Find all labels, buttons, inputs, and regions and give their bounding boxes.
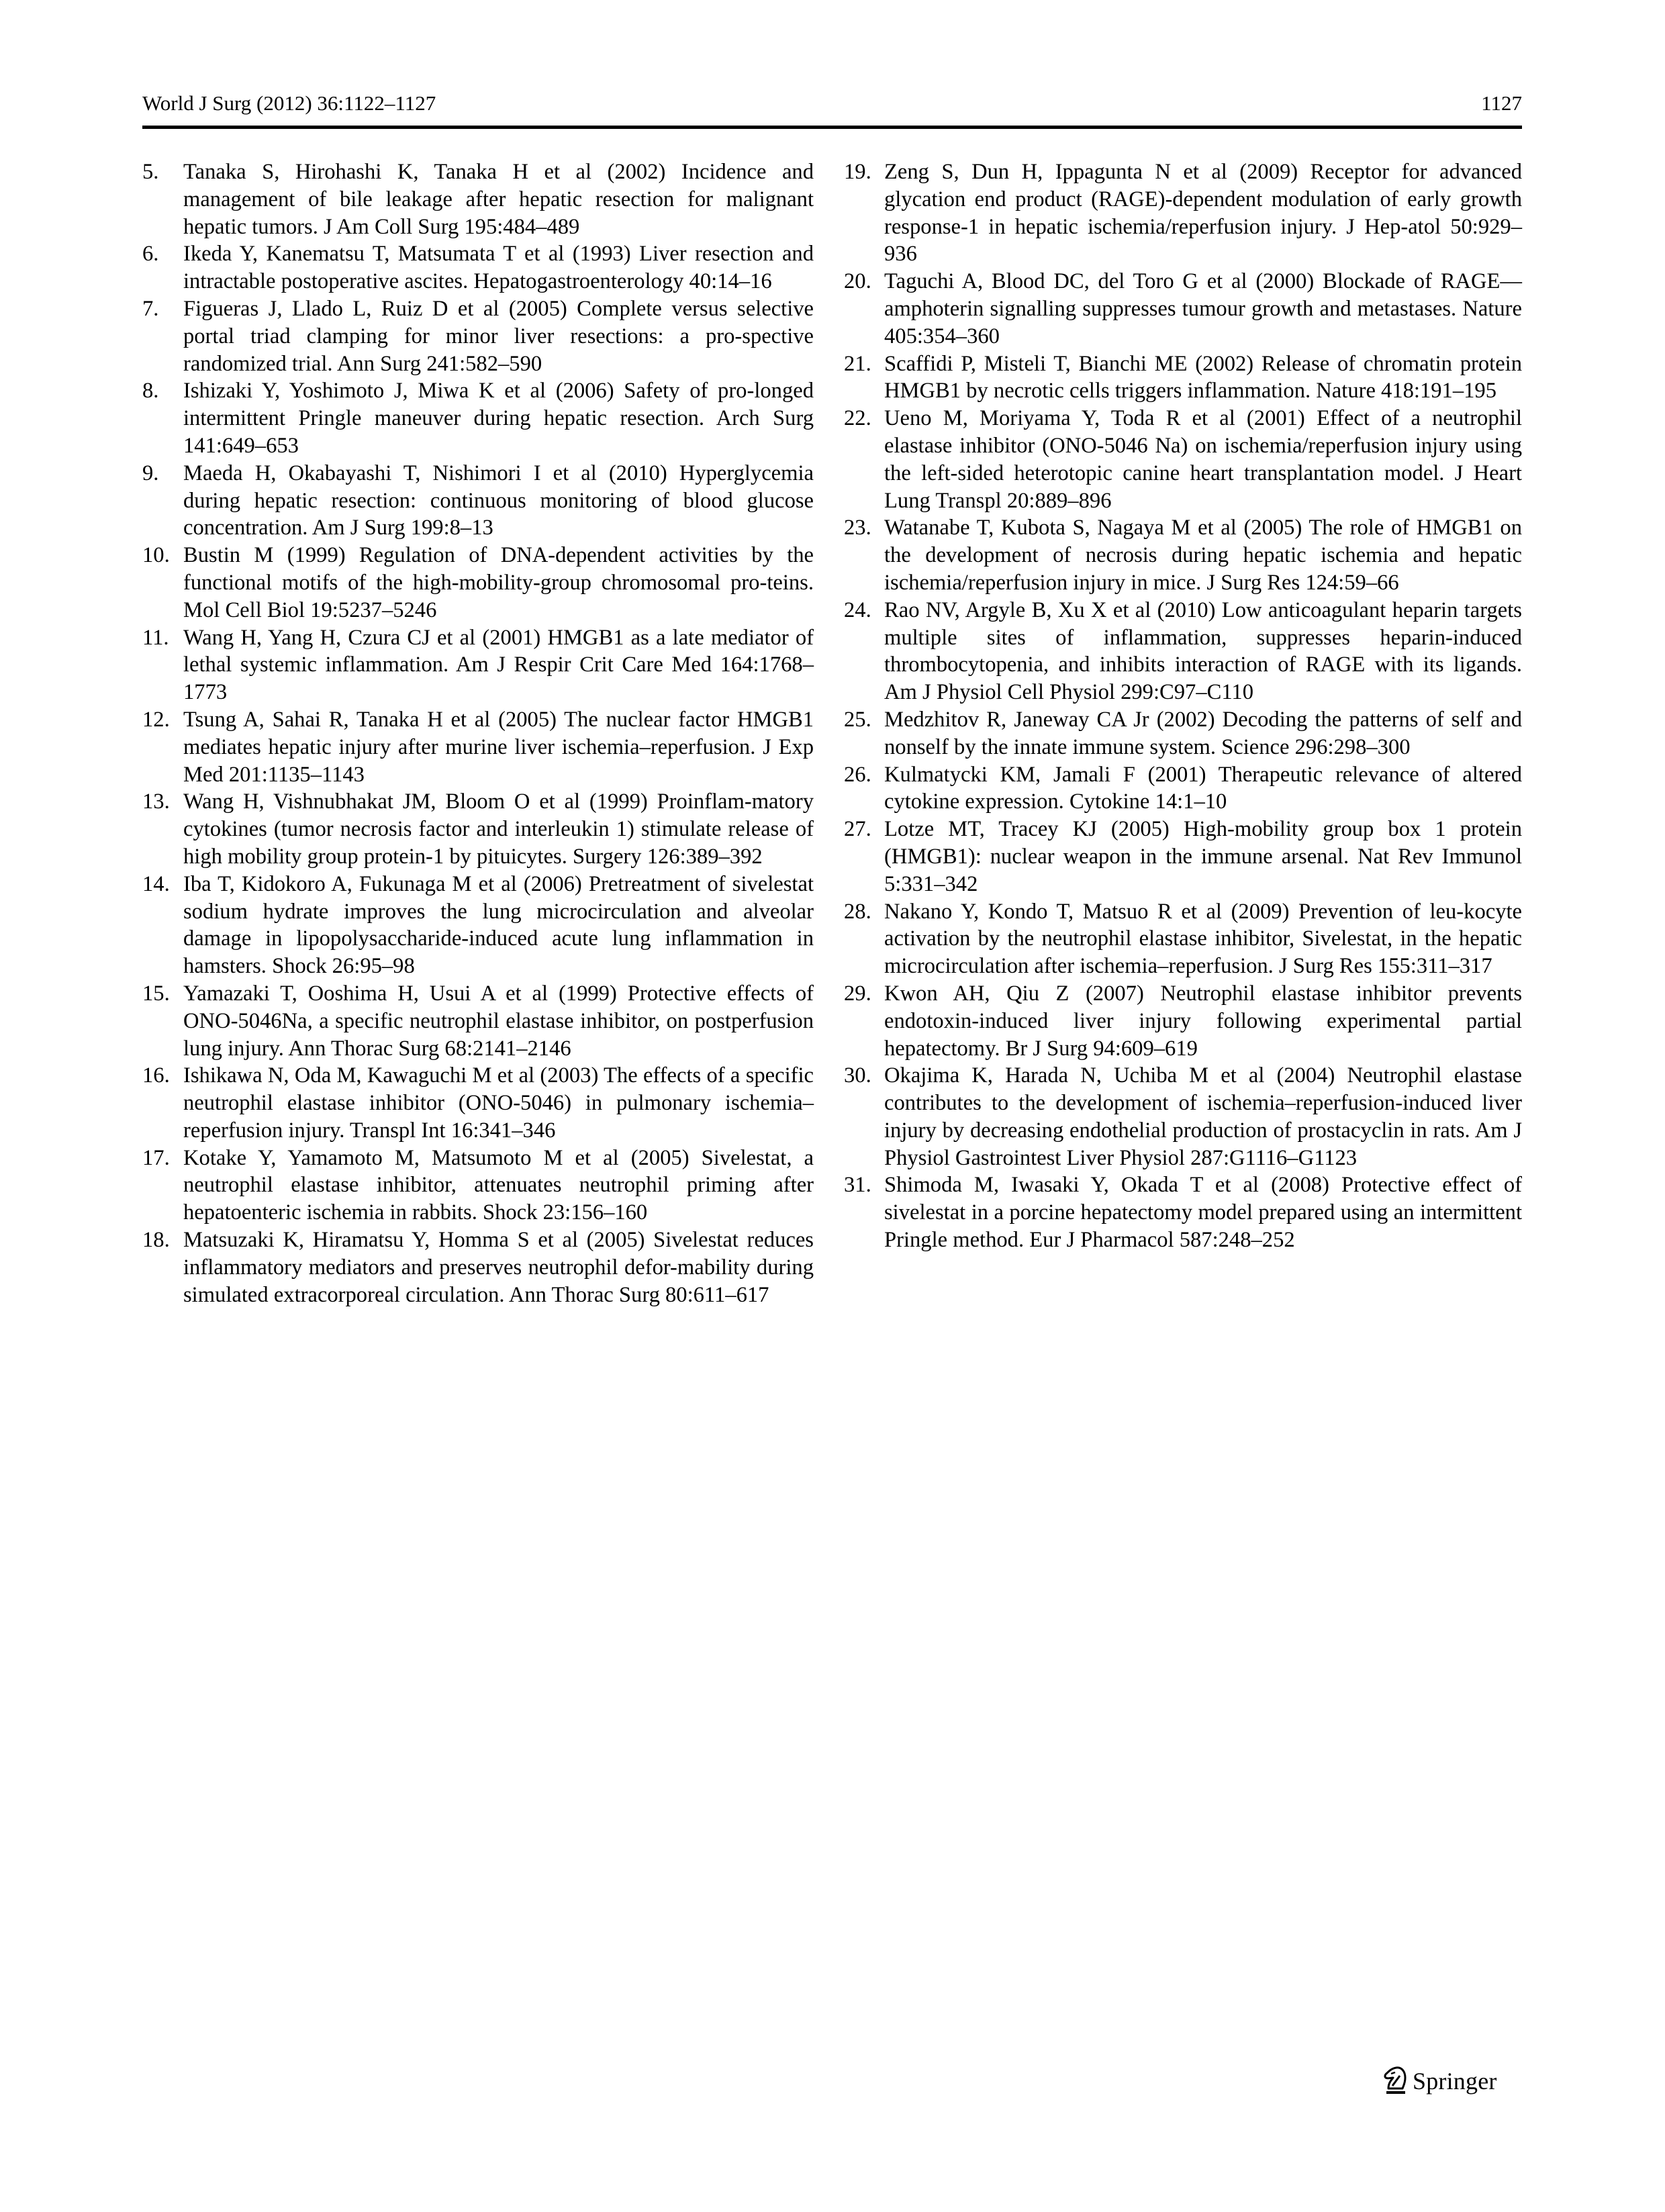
reference-number: 11. [142,624,180,652]
reference-number: 18. [142,1227,180,1254]
reference-item: 22.Ueno M, Moriyama Y, Toda R et al (200… [844,405,1522,514]
reference-number: 27. [844,816,879,843]
reference-text: Bustin M (1999) Regulation of DNA-depend… [183,543,814,622]
reference-text: Wang H, Yang H, Czura CJ et al (2001) HM… [183,626,814,705]
reference-text: Tanaka S, Hirohashi K, Tanaka H et al (2… [183,160,814,239]
reference-item: 21.Scaffidi P, Misteli T, Bianchi ME (20… [844,350,1522,405]
reference-item: 12.Tsung A, Sahai R, Tanaka H et al (200… [142,706,814,788]
reference-number: 12. [142,706,180,734]
reference-item: 15.Yamazaki T, Ooshima H, Usui A et al (… [142,980,814,1062]
reference-text: Taguchi A, Blood DC, del Toro G et al (2… [884,269,1522,348]
reference-item: 24.Rao NV, Argyle B, Xu X et al (2010) L… [844,597,1522,706]
reference-item: 30.Okajima K, Harada N, Uchiba M et al (… [844,1062,1522,1171]
reference-text: Kulmatycki KM, Jamali F (2001) Therapeut… [884,763,1522,814]
header-rule [142,126,1522,129]
publisher-name: Springer [1413,2066,1497,2097]
reference-text: Shimoda M, Iwasaki Y, Okada T et al (200… [884,1173,1522,1252]
reference-item: 28.Nakano Y, Kondo T, Matsuo R et al (20… [844,898,1522,980]
reference-item: 17.Kotake Y, Yamamoto M, Matsumoto M et … [142,1145,814,1227]
running-head: World J Surg (2012) 36:1122–1127 1127 [142,89,1522,118]
reference-item: 19.Zeng S, Dun H, Ippagunta N et al (200… [844,158,1522,268]
publisher-mark: Springer [1382,2062,1497,2100]
reference-number: 10. [142,542,180,569]
page-number: 1127 [1481,89,1522,118]
reference-text: Lotze MT, Tracey KJ (2005) High-mobility… [884,817,1522,896]
references-right-column: 19.Zeng S, Dun H, Ippagunta N et al (200… [844,158,1522,1254]
reference-number: 24. [844,597,879,624]
reference-number: 13. [142,788,180,816]
reference-number: 26. [844,761,879,789]
reference-item: 16.Ishikawa N, Oda M, Kawaguchi M et al … [142,1062,814,1144]
reference-number: 6. [142,240,180,268]
reference-number: 15. [142,980,180,1008]
reference-text: Ishikawa N, Oda M, Kawaguchi M et al (20… [183,1063,814,1143]
reference-number: 17. [142,1145,180,1172]
reference-number: 22. [844,405,879,432]
journal-citation: World J Surg (2012) 36:1122–1127 [142,89,436,118]
reference-item: 5.Tanaka S, Hirohashi K, Tanaka H et al … [142,158,814,240]
reference-number: 20. [844,268,879,295]
reference-text: Okajima K, Harada N, Uchiba M et al (200… [884,1063,1522,1169]
reference-item: 11.Wang H, Yang H, Czura CJ et al (2001)… [142,624,814,706]
reference-number: 29. [844,980,879,1008]
reference-text: Scaffidi P, Misteli T, Bianchi ME (2002)… [884,352,1522,403]
reference-number: 7. [142,295,180,323]
reference-text: Ikeda Y, Kanematsu T, Matsumata T et al … [183,242,814,293]
reference-item: 18.Matsuzaki K, Hiramatsu Y, Homma S et … [142,1227,814,1308]
reference-item: 25.Medzhitov R, Janeway CA Jr (2002) Dec… [844,706,1522,761]
reference-text: Kwon AH, Qiu Z (2007) Neutrophil elastas… [884,981,1522,1061]
reference-text: Figueras J, Llado L, Ruiz D et al (2005)… [183,297,814,376]
reference-item: 6.Ikeda Y, Kanematsu T, Matsumata T et a… [142,240,814,295]
reference-item: 8.Ishizaki Y, Yoshimoto J, Miwa K et al … [142,377,814,459]
reference-number: 21. [844,350,879,378]
reference-text: Wang H, Vishnubhakat JM, Bloom O et al (… [183,789,814,869]
reference-item: 9.Maeda H, Okabayashi T, Nishimori I et … [142,460,814,542]
reference-number: 16. [142,1062,180,1090]
reference-item: 13.Wang H, Vishnubhakat JM, Bloom O et a… [142,788,814,870]
springer-knight-icon [1382,2066,1407,2097]
reference-number: 8. [142,377,180,405]
reference-item: 20.Taguchi A, Blood DC, del Toro G et al… [844,268,1522,350]
reference-number: 30. [844,1062,879,1090]
reference-number: 5. [142,158,180,186]
reference-text: Nakano Y, Kondo T, Matsuo R et al (2009)… [884,900,1522,979]
reference-text: Iba T, Kidokoro A, Fukunaga M et al (200… [183,872,814,978]
reference-item: 29.Kwon AH, Qiu Z (2007) Neutrophil elas… [844,980,1522,1062]
reference-number: 23. [844,514,879,542]
reference-text: Matsuzaki K, Hiramatsu Y, Homma S et al … [183,1228,814,1307]
reference-item: 7.Figueras J, Llado L, Ruiz D et al (200… [142,295,814,377]
reference-number: 31. [844,1171,879,1199]
reference-text: Medzhitov R, Janeway CA Jr (2002) Decodi… [884,708,1522,759]
reference-text: Ishizaki Y, Yoshimoto J, Miwa K et al (2… [183,379,814,458]
reference-item: 10.Bustin M (1999) Regulation of DNA-dep… [142,542,814,624]
reference-text: Ueno M, Moriyama Y, Toda R et al (2001) … [884,406,1522,512]
reference-number: 28. [844,898,879,926]
reference-item: 14.Iba T, Kidokoro A, Fukunaga M et al (… [142,871,814,980]
references-left-column: 5.Tanaka S, Hirohashi K, Tanaka H et al … [142,158,814,1308]
reference-text: Rao NV, Argyle B, Xu X et al (2010) Low … [884,598,1522,704]
reference-item: 27.Lotze MT, Tracey KJ (2005) High-mobil… [844,816,1522,898]
reference-text: Yamazaki T, Ooshima H, Usui A et al (199… [183,981,814,1061]
reference-item: 31.Shimoda M, Iwasaki Y, Okada T et al (… [844,1171,1522,1253]
reference-text: Maeda H, Okabayashi T, Nishimori I et al… [183,461,814,540]
reference-item: 23.Watanabe T, Kubota S, Nagaya M et al … [844,514,1522,596]
reference-text: Watanabe T, Kubota S, Nagaya M et al (20… [884,516,1522,595]
reference-text: Kotake Y, Yamamoto M, Matsumoto M et al … [183,1146,814,1225]
reference-text: Tsung A, Sahai R, Tanaka H et al (2005) … [183,708,814,787]
reference-item: 26.Kulmatycki KM, Jamali F (2001) Therap… [844,761,1522,816]
reference-number: 9. [142,460,180,487]
reference-text: Zeng S, Dun H, Ippagunta N et al (2009) … [884,160,1522,266]
reference-number: 14. [142,871,180,898]
reference-number: 19. [844,158,879,186]
reference-number: 25. [844,706,879,734]
